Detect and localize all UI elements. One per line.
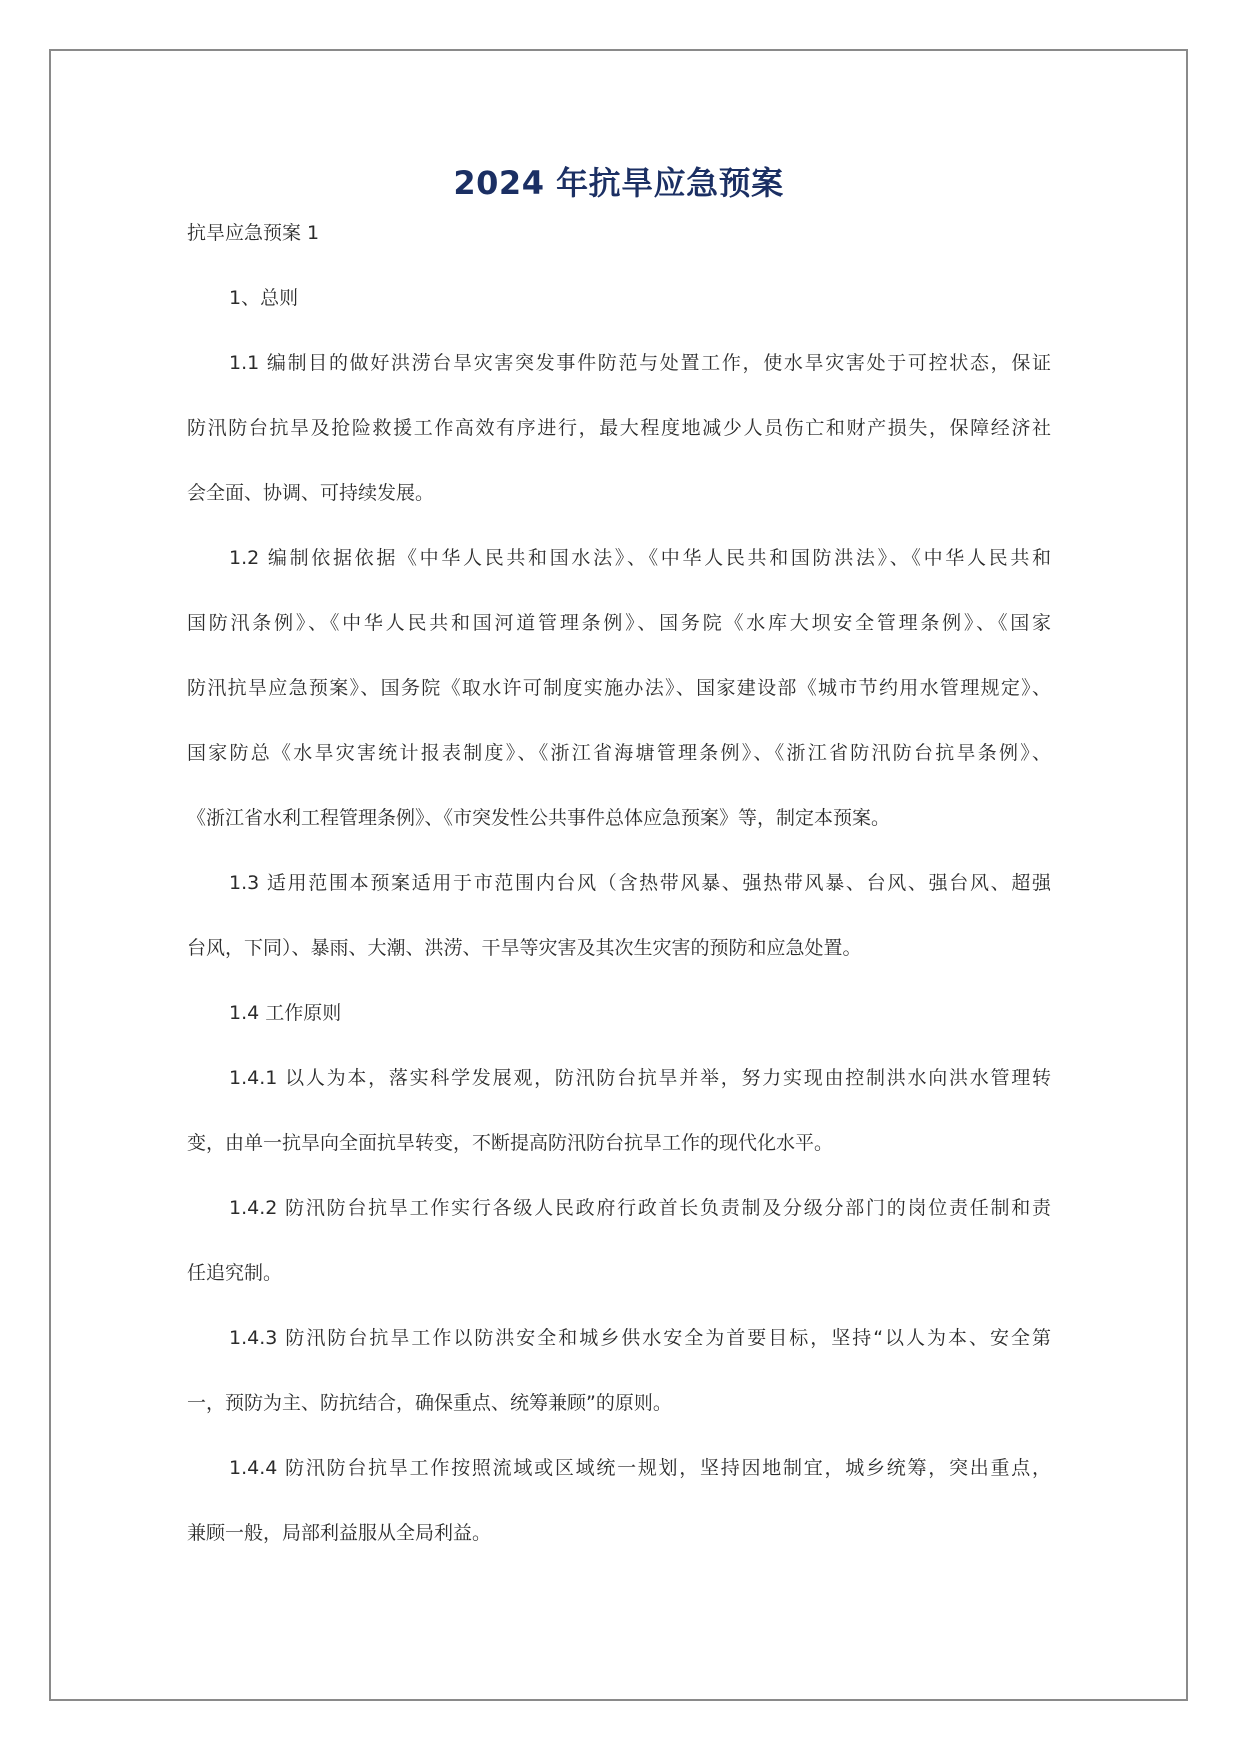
paragraph-line: 1.3 适用范围本预案适用于市范围内台风（含热带风暴、强热带风暴、台风、强台风、… bbox=[187, 870, 1051, 896]
paragraph-line: 国家防总《水旱灾害统计报表制度》、《浙江省海塘管理条例》、《浙江省防汛防台抗旱条… bbox=[187, 740, 1051, 766]
paragraph-line: 1.4.2 防汛防台抗旱工作实行各级人民政府行政首长负责制及分级分部门的岗位责任… bbox=[187, 1195, 1051, 1221]
paragraph-line: 《浙江省水利工程管理条例》、《市突发性公共事件总体应急预案》等，制定本预案。 bbox=[187, 805, 1051, 831]
paragraph-line: 1.4.1 以人为本，落实科学发展观，防汛防台抗旱并举，努力实现由控制洪水向洪水… bbox=[187, 1065, 1051, 1091]
paragraph-line: 防汛防台抗旱及抢险救援工作高效有序进行，最大程度地减少人员伤亡和财产损失，保障经… bbox=[187, 415, 1051, 441]
section-heading: 抗旱应急预案 1 bbox=[187, 220, 1051, 246]
document-page: 2024 年抗旱应急预案 抗旱应急预案 11、总则1.1 编制目的做好洪涝台旱灾… bbox=[49, 49, 1188, 1701]
paragraph-line: 一，预防为主、防抗结合，确保重点、统筹兼顾”的原则。 bbox=[187, 1390, 1051, 1416]
paragraph-line: 变，由单一抗旱向全面抗旱转变，不断提高防汛防台抗旱工作的现代化水平。 bbox=[187, 1130, 1051, 1156]
paragraph-line: 1.4.4 防汛防台抗旱工作按照流域或区域统一规划，坚持因地制宜，城乡统筹，突出… bbox=[187, 1455, 1051, 1481]
paragraph-line: 国防汛条例》、《中华人民共和国河道管理条例》、国务院《水库大坝安全管理条例》、《… bbox=[187, 610, 1051, 636]
paragraph-line: 防汛抗旱应急预案》、国务院《取水许可制度实施办法》、国家建设部《城市节约用水管理… bbox=[187, 675, 1051, 701]
paragraph-line: 1.2 编制依据依据《中华人民共和国水法》、《中华人民共和国防洪法》、《中华人民… bbox=[187, 545, 1051, 571]
document-title: 2024 年抗旱应急预案 bbox=[51, 163, 1186, 203]
paragraph-line: 1.1 编制目的做好洪涝台旱灾害突发事件防范与处置工作，使水旱灾害处于可控状态，… bbox=[187, 350, 1051, 376]
paragraph-line: 台风，下同）、暴雨、大潮、洪涝、干旱等灾害及其次生灾害的预防和应急处置。 bbox=[187, 935, 1051, 961]
paragraph-line: 会全面、协调、可持续发展。 bbox=[187, 480, 1051, 506]
paragraph-line: 1.4.3 防汛防台抗旱工作以防洪安全和城乡供水安全为首要目标，坚持“以人为本、… bbox=[187, 1325, 1051, 1351]
paragraph-line: 1.4 工作原则 bbox=[187, 1000, 1051, 1026]
paragraph-line: 任追究制。 bbox=[187, 1260, 1051, 1286]
paragraph-line: 兼顾一般，局部利益服从全局利益。 bbox=[187, 1520, 1051, 1546]
paragraph-line: 1、总则 bbox=[187, 285, 1051, 311]
